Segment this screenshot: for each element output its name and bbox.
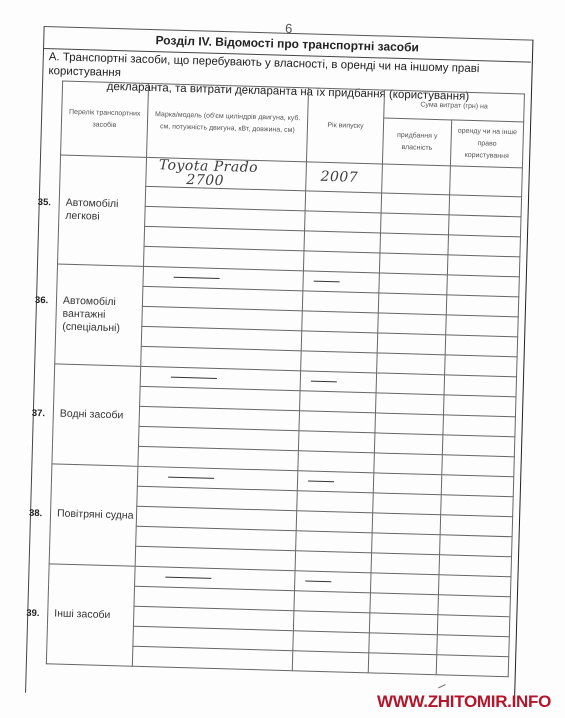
site-watermark: WWW.ZHITOMIR.INFO — [377, 692, 551, 712]
row-number: 38. — [29, 507, 43, 520]
rent-cell[interactable] — [446, 295, 519, 317]
rent-cell[interactable] — [444, 375, 517, 397]
year-cell[interactable] — [292, 651, 369, 673]
year-cell[interactable]: 2007 — [306, 162, 383, 193]
purchase-cell[interactable] — [373, 473, 442, 495]
purchase-cell[interactable] — [374, 433, 443, 455]
scanned-page: 6 Розділ IV. Відомості про транспортні з… — [0, 0, 565, 718]
blank-dash — [314, 280, 340, 282]
year-cell[interactable] — [296, 511, 373, 533]
handwritten-year: 2007 — [306, 168, 358, 185]
year-cell[interactable] — [305, 191, 382, 213]
year-cell[interactable] — [299, 411, 376, 433]
blank-dash — [305, 580, 331, 582]
purchase-cell[interactable] — [375, 393, 444, 415]
rent-cell[interactable] — [449, 195, 522, 217]
year-cell[interactable] — [301, 331, 378, 353]
rent-cell[interactable] — [441, 495, 514, 517]
rent-cell[interactable] — [436, 655, 509, 677]
rent-cell[interactable] — [437, 635, 510, 657]
year-cell[interactable] — [293, 611, 370, 633]
declaration-sheet: 6 Розділ IV. Відомості про транспортні з… — [25, 14, 534, 707]
purchase-cell[interactable] — [380, 233, 449, 255]
year-cell[interactable] — [302, 311, 379, 333]
row-number: 39. — [26, 607, 40, 620]
purchase-cell[interactable] — [381, 193, 450, 215]
category-label: Повітряні судна — [57, 508, 134, 522]
rent-cell[interactable] — [442, 455, 515, 477]
blank-dash — [174, 276, 220, 278]
purchase-cell[interactable] — [379, 253, 448, 275]
rent-cell[interactable] — [439, 555, 512, 577]
year-cell[interactable] — [304, 231, 381, 253]
row-number: 36. — [35, 294, 49, 307]
header-rent: оренду чи на інше право користування — [450, 120, 523, 168]
rent-cell[interactable] — [440, 515, 513, 537]
blank-dash — [165, 576, 211, 578]
year-cell[interactable] — [297, 471, 374, 493]
category-cell: 37. Водні засоби — [52, 364, 141, 466]
purchase-cell[interactable] — [373, 493, 442, 515]
rent-cell[interactable] — [448, 235, 521, 257]
year-cell[interactable] — [300, 371, 377, 393]
rent-cell[interactable] — [442, 435, 515, 457]
year-cell[interactable] — [301, 351, 378, 373]
year-cell[interactable] — [303, 251, 380, 273]
year-cell[interactable] — [293, 631, 370, 653]
purchase-cell[interactable] — [374, 453, 443, 475]
rent-cell[interactable] — [438, 575, 511, 597]
year-cell[interactable] — [294, 571, 371, 593]
rent-cell[interactable] — [438, 595, 511, 617]
rent-cell[interactable] — [447, 255, 520, 277]
purchase-cell[interactable] — [381, 213, 450, 235]
purchase-cell[interactable] — [377, 353, 446, 375]
year-cell[interactable] — [295, 551, 372, 573]
rent-cell[interactable] — [437, 615, 510, 637]
blank-dash — [311, 380, 337, 382]
category-label: Автомобілі вантажні (спеціальні) — [62, 295, 120, 335]
category-cell: 35. Автомобілі легкові — [58, 155, 147, 266]
purchase-cell[interactable] — [369, 633, 438, 655]
year-cell[interactable] — [298, 431, 375, 453]
make-model-cell[interactable]: Toyota Prado2700 — [146, 157, 307, 190]
purchase-cell[interactable] — [368, 653, 437, 675]
rent-cell[interactable] — [445, 335, 518, 357]
year-cell[interactable] — [300, 391, 377, 413]
purchase-cell[interactable] — [378, 313, 447, 335]
handwritten-make-model: Toyota Prado2700 — [146, 158, 306, 190]
rent-cell[interactable] — [447, 275, 520, 297]
year-cell[interactable] — [302, 291, 379, 313]
year-cell[interactable] — [298, 451, 375, 473]
header-year: Рік випуску — [306, 88, 384, 164]
year-cell[interactable] — [294, 591, 371, 613]
category-label: Автомобілі легкові — [65, 197, 118, 223]
rent-cell[interactable] — [446, 315, 519, 337]
year-cell[interactable] — [296, 531, 373, 553]
category-label: Інші засоби — [54, 608, 110, 622]
category-cell: 36. Автомобілі вантажні (спеціальні) — [55, 264, 144, 366]
blank-dash — [171, 376, 217, 378]
vehicles-table: Перелік транспортних засобів Марка/модел… — [46, 81, 525, 678]
year-cell[interactable] — [297, 491, 374, 513]
header-make-model: Марка/модель (об'єм циліндрів двигуна, к… — [147, 83, 309, 161]
header-expenses: Сума витрат (грн) на — [384, 90, 525, 122]
purchase-cell[interactable] — [375, 413, 444, 435]
purchase-cell[interactable] — [382, 164, 451, 195]
purchase-cell[interactable] — [372, 533, 441, 555]
row-number: 37. — [32, 407, 46, 420]
make-model-cell[interactable] — [132, 646, 292, 670]
purchase-cell[interactable] — [378, 293, 447, 315]
rent-cell[interactable] — [445, 355, 518, 377]
rent-cell[interactable] — [448, 215, 521, 237]
blank-dash — [308, 480, 334, 482]
purchase-cell[interactable] — [369, 613, 438, 635]
purchase-cell[interactable] — [371, 553, 440, 575]
category-cell: 38. Повітряні судна — [49, 464, 138, 566]
year-cell[interactable] — [303, 271, 380, 293]
row-number: 35. — [38, 196, 52, 209]
purchase-cell[interactable] — [376, 373, 445, 395]
year-cell[interactable] — [305, 211, 382, 233]
rent-cell[interactable] — [450, 166, 523, 197]
purchase-cell[interactable] — [377, 333, 446, 355]
purchase-cell[interactable] — [370, 593, 439, 615]
rent-cell[interactable] — [441, 475, 514, 497]
header-vehicle-list: Перелік транспортних засобів — [61, 81, 149, 157]
blank-dash — [168, 476, 214, 478]
rent-cell[interactable] — [443, 395, 516, 417]
purchase-cell[interactable] — [370, 573, 439, 595]
category-cell: 39. Інші засоби — [46, 564, 135, 666]
category-label: Водні засоби — [60, 408, 124, 422]
rent-cell[interactable] — [443, 415, 516, 437]
purchase-cell[interactable] — [372, 513, 441, 535]
purchase-cell[interactable] — [379, 273, 448, 295]
rent-cell[interactable] — [440, 535, 513, 557]
header-purchase: придбання у власність — [382, 118, 451, 166]
